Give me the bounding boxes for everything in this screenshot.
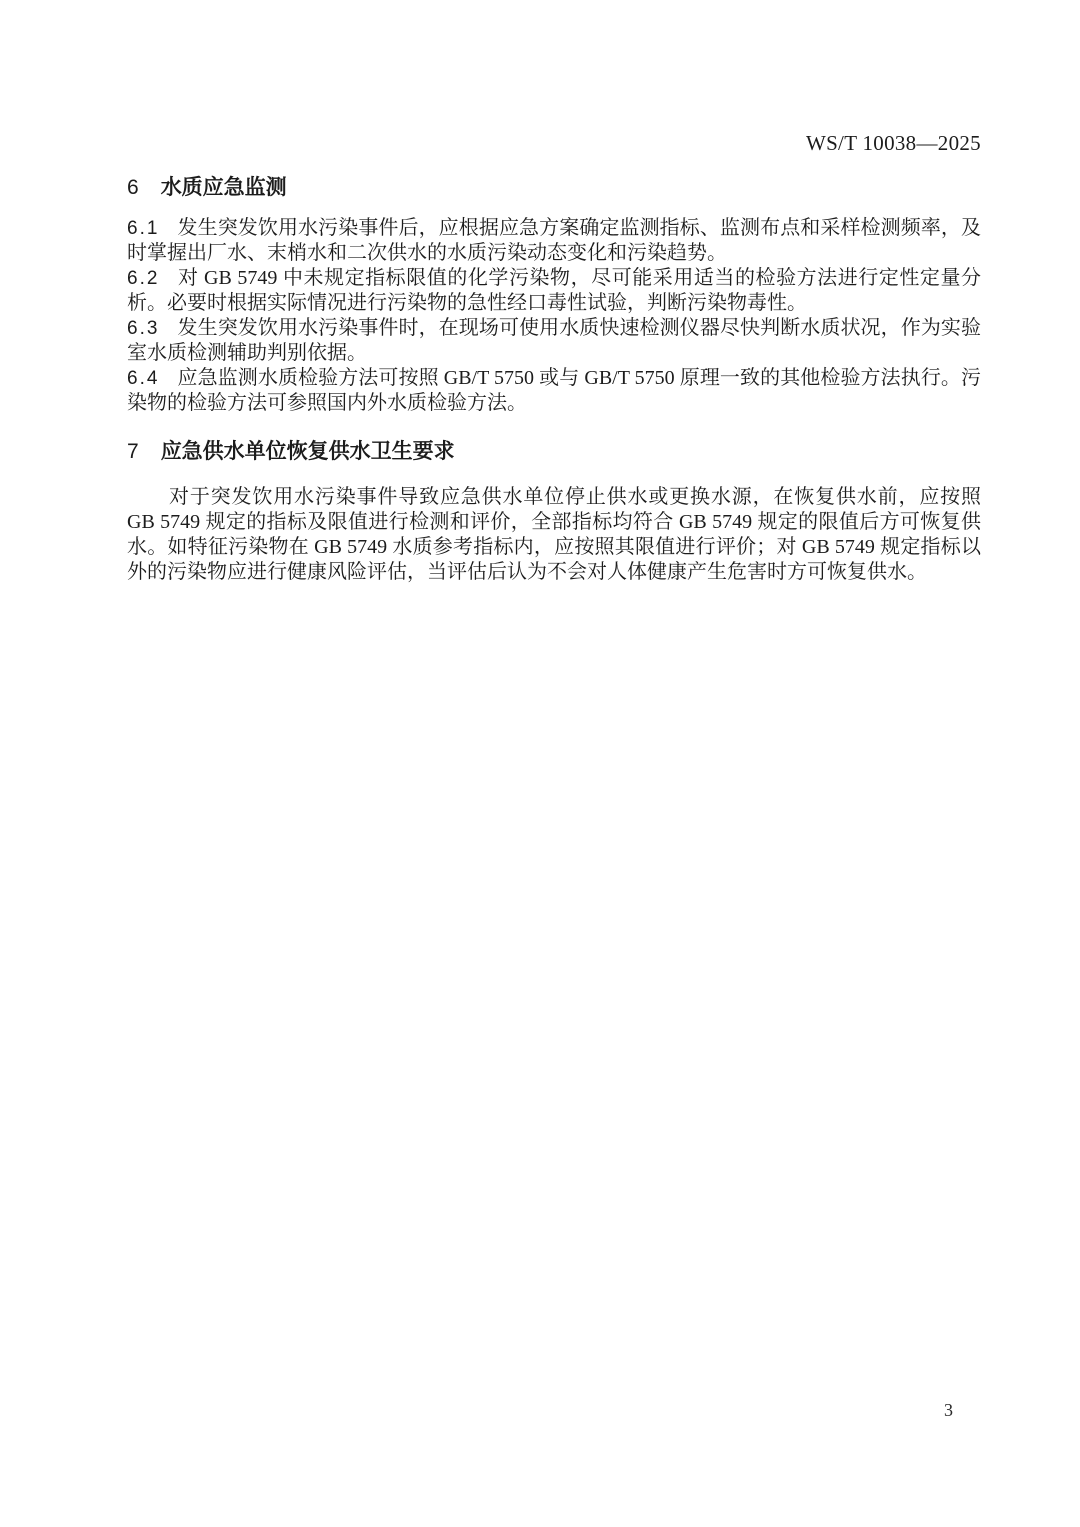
clause-6-2: 6.2对 GB 5749 中未规定指标限值的化学污染物，尽可能采用适当的检验方法… — [127, 266, 981, 316]
clause-6-4: 6.4应急监测水质检验方法可按照 GB/T 5750 或与 GB/T 5750 … — [127, 366, 981, 416]
clause-6-3: 6.3发生突发饮用水污染事件时，在现场可使用水质快速检测仪器尽快判断水质状况，作… — [127, 316, 981, 366]
clause-6-1: 6.1发生突发饮用水污染事件后，应根据应急方案确定监测指标、监测布点和采样检测频… — [127, 216, 981, 266]
page-number: 3 — [944, 1400, 953, 1421]
clause-6-4-number: 6.4 — [127, 368, 159, 389]
section-7-heading: 7应急供水单位恢复供水卫生要求 — [127, 440, 981, 464]
section-7-paragraph: 对于突发饮用水污染事件导致应急供水单位停止供水或更换水源，在恢复供水前，应按照 … — [127, 485, 981, 585]
clause-6-3-number: 6.3 — [127, 318, 159, 339]
section-7-body: 对于突发饮用水污染事件导致应急供水单位停止供水或更换水源，在恢复供水前，应按照 … — [127, 485, 981, 585]
clause-6-1-number: 6.1 — [127, 218, 159, 239]
section-7-number: 7 — [127, 440, 139, 464]
clause-6-2-text: 对 GB 5749 中未规定指标限值的化学污染物，尽可能采用适当的检验方法进行定… — [127, 267, 981, 314]
section-6-body: 6.1发生突发饮用水污染事件后，应根据应急方案确定监测指标、监测布点和采样检测频… — [127, 216, 981, 416]
document-page: WS/T 10038—2025 6水质应急监测 6.1发生突发饮用水污染事件后，… — [0, 0, 1080, 1527]
section-6-heading: 6水质应急监测 — [127, 176, 981, 200]
section-7-title: 应急供水单位恢复供水卫生要求 — [161, 440, 455, 463]
clause-6-4-text: 应急监测水质检验方法可按照 GB/T 5750 或与 GB/T 5750 原理一… — [127, 367, 981, 414]
standard-number: WS/T 10038—2025 — [806, 131, 981, 156]
section-6-number: 6 — [127, 176, 139, 200]
clause-6-3-text: 发生突发饮用水污染事件时，在现场可使用水质快速检测仪器尽快判断水质状况，作为实验… — [127, 317, 981, 364]
clause-6-2-number: 6.2 — [127, 268, 159, 289]
clause-6-1-text: 发生突发饮用水污染事件后，应根据应急方案确定监测指标、监测布点和采样检测频率，及… — [127, 217, 981, 264]
section-6-title: 水质应急监测 — [161, 176, 287, 199]
